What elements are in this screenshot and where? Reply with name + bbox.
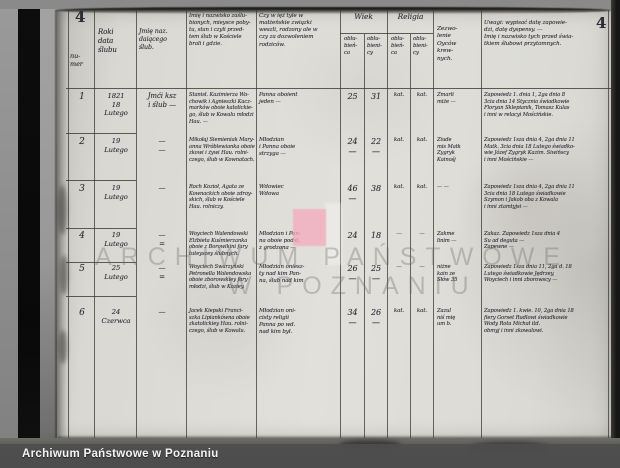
cell-wiek-oblubienicy: 22 — bbox=[366, 137, 386, 157]
cell-stan: Młodzian oni- cisty religii Panna po wd.… bbox=[259, 308, 338, 336]
table-hline bbox=[66, 228, 136, 229]
cell-data-slubu: 1821 18 Lutego bbox=[98, 92, 134, 118]
table-vline bbox=[136, 10, 137, 438]
cell-imie-dajacego: — bbox=[141, 184, 183, 193]
cell-zezwolenie: — — bbox=[437, 184, 479, 191]
cell-nazwiska: Mikołaj Siemieniak Mary- anna Wróblewian… bbox=[189, 137, 255, 164]
table-hline bbox=[66, 296, 136, 297]
header-religia-oblubienca: oblu- bień- ca bbox=[391, 36, 410, 57]
header-imie-dajacego-slub: Jmię naz. daiącego ślub. bbox=[139, 28, 184, 52]
table-vline bbox=[481, 10, 482, 438]
table-vline bbox=[68, 10, 69, 438]
table-hline bbox=[66, 88, 611, 89]
table-hline bbox=[340, 33, 433, 34]
cell-wiek-oblubienicy: 18 bbox=[366, 231, 386, 241]
cell-data-slubu: 24 Czerwca bbox=[98, 308, 134, 325]
cell-wiek-oblubienca: 46 — bbox=[342, 184, 363, 204]
cell-wiek-oblubienca: 34 — bbox=[342, 308, 363, 328]
header-wiek: Wiek bbox=[341, 12, 386, 22]
scan-background-left bbox=[0, 0, 18, 468]
cell-zezwolenie: Zmarli miże — bbox=[437, 92, 479, 105]
header-wiek-oblubienicy: oblu- bieni- cy bbox=[367, 36, 386, 57]
watermark-line1: ARCHIWUM PAŃSTWOWE bbox=[95, 243, 569, 272]
cell-zezwolenie: Zazul niś mię um b. bbox=[437, 308, 479, 328]
book-spine-shadow bbox=[18, 0, 40, 468]
cell-wiek-oblubienca: 24 — bbox=[342, 137, 363, 157]
watermark-line2: W POZNANIU bbox=[228, 272, 478, 301]
cell-religia-oblubienca: kat. bbox=[389, 184, 409, 191]
table-vline bbox=[94, 10, 95, 438]
cell-stan: Wdowiec Wdowa bbox=[259, 184, 338, 198]
cell-stan: Młodzian i Panna oboie strzyga — bbox=[259, 137, 338, 158]
scanned-register-page: 4 4 nu- mer Roki data ślubu Jmię naz. da… bbox=[0, 0, 620, 468]
cell-wiek-oblubienca: 24 bbox=[342, 231, 363, 241]
cell-imie-dajacego: Jmći ksz i ślub — bbox=[141, 92, 183, 110]
table-vline bbox=[256, 10, 257, 438]
scan-background-right bbox=[611, 0, 620, 445]
cell-uwagi: Zapowiedz 1. dnia 1, 2ga dnia 8 3cia dni… bbox=[484, 92, 611, 119]
table-hline bbox=[66, 180, 136, 181]
page-number-left: 4 bbox=[75, 8, 85, 27]
cell-data-slubu: 19 Lutego bbox=[98, 184, 134, 201]
cell-religia-oblubienicy: — bbox=[412, 231, 432, 238]
cell-religia-oblubienca: — bbox=[389, 231, 409, 238]
header-zwiazki-malzenskie: Czy w ięż tyle w małżeńskie związki wesz… bbox=[259, 13, 338, 49]
table-vline bbox=[608, 10, 609, 438]
pink-highlight-mark bbox=[293, 209, 326, 246]
cell-stan: Panna oboient jeden — bbox=[259, 92, 338, 106]
cell-religia-oblubienicy: kat. bbox=[412, 184, 432, 191]
cell-numer: 4 bbox=[72, 231, 92, 243]
cell-religia-oblubienicy: kat. bbox=[412, 137, 432, 144]
header-religia-oblubienicy: oblu- bieni- cy bbox=[413, 36, 432, 57]
header-religia: Religia bbox=[388, 12, 433, 22]
header-imie-nazwisko-zaslubionych: Imię i nazwisko zaślu- bionych, mieysce … bbox=[189, 13, 255, 48]
header-zezwolenie: Zezwo- lenie Oyców krew- nych. bbox=[437, 26, 479, 63]
header-data-slubu: Roki data ślubu bbox=[98, 28, 134, 55]
edge-smudge bbox=[60, 255, 68, 295]
table-hline bbox=[66, 133, 136, 134]
cell-religia-oblubienca: kat. bbox=[389, 308, 409, 315]
table-vline bbox=[410, 34, 411, 438]
cell-uwagi: Zapowiedz 1sza dnia 4, 2ga dnia 11 Matk.… bbox=[484, 137, 611, 164]
cell-numer: 6 bbox=[72, 308, 92, 320]
table-vline bbox=[433, 10, 434, 438]
header-wiek-oblubienca: oblu- bień- ca bbox=[344, 36, 364, 57]
cell-religia-oblubienicy: kat. bbox=[412, 92, 432, 99]
cell-wiek-oblubienca: 25 bbox=[342, 92, 363, 102]
cell-nazwiska: Stanisł. Kazimierza Wa- chowik i Agniesz… bbox=[189, 92, 255, 125]
cell-numer: 2 bbox=[72, 137, 92, 149]
edge-smudge bbox=[59, 330, 67, 364]
cell-numer: 5 bbox=[72, 264, 92, 276]
cell-uwagi: Zapowiedz 1. kwie. 10, 2ga dnia 18 fiery… bbox=[484, 308, 611, 335]
table-vline bbox=[387, 10, 388, 438]
cell-nazwiska: Jacek Kiepski Franci- szka Lipiankówna o… bbox=[189, 308, 255, 335]
cell-numer: 3 bbox=[72, 184, 92, 196]
table-vline bbox=[186, 10, 187, 438]
header-uwagi: Uwagi: wypisać datę zapowie- dzi, datę d… bbox=[484, 20, 611, 49]
header-numer: nu- mer bbox=[70, 52, 93, 69]
cell-religia-oblubienicy: kat. bbox=[412, 308, 432, 315]
cell-wiek-oblubienicy: 31 bbox=[366, 92, 386, 102]
cell-imie-dajacego: — — bbox=[141, 137, 183, 155]
cell-data-slubu: 19 Lutego bbox=[98, 137, 134, 154]
cell-zezwolenie: Ziude mis Matk Zygryk Kainośj bbox=[437, 137, 479, 164]
archive-label-text: Archiwum Państwowe w Poznaniu bbox=[22, 448, 219, 460]
cell-imie-dajacego: — bbox=[141, 308, 183, 317]
cell-wiek-oblubienicy: 26 — bbox=[366, 308, 386, 328]
cell-numer: 1 bbox=[72, 92, 92, 104]
cell-wiek-oblubienicy: 38 bbox=[366, 184, 386, 194]
cell-uwagi: Zapowiedz 1sza dnia 4, 2ga dnia 11 3cia … bbox=[484, 184, 611, 211]
cell-nazwiska: Roch Kozioł, Agata ze Kownackich oboie z… bbox=[189, 184, 255, 211]
archive-label-bar: Archiwum Państwowe w Poznaniu bbox=[0, 444, 620, 468]
cell-religia-oblubienca: kat. bbox=[389, 92, 409, 99]
table-vline bbox=[364, 34, 365, 438]
cell-religia-oblubienca: kat. bbox=[389, 137, 409, 144]
